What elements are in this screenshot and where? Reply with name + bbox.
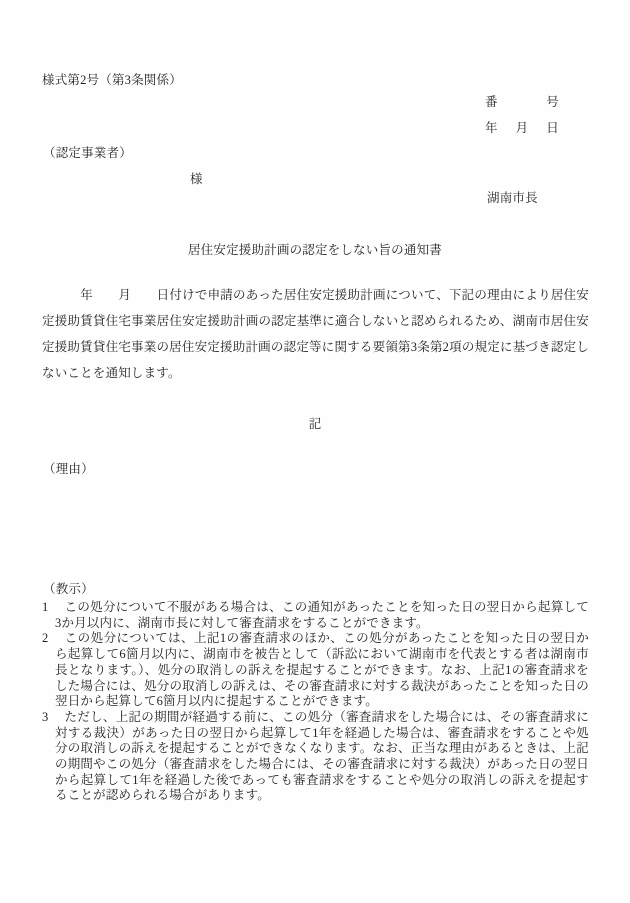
advisory-item-number: 3 [42,710,48,724]
ki-separator: 記 [0,414,630,432]
advisory-item-1: 1この処分について不服がある場合は、この通知があったことを知った日の翌日から起算… [42,600,589,631]
date-day-label: 日 [546,121,559,136]
document-number-line: 番 号 [485,95,559,110]
advisory-item-number: 1 [42,600,48,614]
sender-name: 湖南市長 [487,191,538,206]
advisory-item-2: 2この処分については、上記1の審査請求のほか、この処分があったことを知った日の翌… [42,631,589,710]
document-page: 様式第2号（第3条関係） 番 号 年 月 日 （認定事業者） 様 湖南市長 居住… [0,0,630,903]
date-year-label: 年 [485,121,498,136]
advisory-item-text: この処分について不服がある場合は、この通知があったことを知った日の翌日から起算し… [55,600,589,630]
addressee-label: （認定事業者） [43,146,132,161]
date-line: 年 月 日 [485,121,559,136]
advisory-item-text: この処分については、上記1の審査請求のほか、この処分があったことを知った日の翌日… [55,631,589,708]
form-number: 様式第2号（第3条関係） [42,73,182,88]
advisory-item-number: 2 [42,631,48,645]
advisory-item-text: ただし、上記の期間が経過する前に、この処分（審査請求をした場合には、その審査請求… [55,710,589,803]
document-title: 居住安定援助計画の認定をしない旨の通知書 [0,240,630,258]
advisory-item-3: 3ただし、上記の期間が経過する前に、この処分（審査請求をした場合には、その審査請… [42,710,589,804]
document-number-suffix: 号 [546,95,559,110]
reason-heading: （理由） [43,462,94,477]
addressee-honorific: 様 [190,172,203,187]
document-number-label: 番 [485,95,498,110]
advisory-list: 1この処分について不服がある場合は、この通知があったことを知った日の翌日から起算… [42,600,589,804]
body-paragraph: 年 月 日付けで申請のあった居住安定援助計画について、下記の理由により居住安定援… [42,282,589,386]
date-month-label: 月 [516,121,529,136]
advisory-heading: （教示） [43,582,94,597]
